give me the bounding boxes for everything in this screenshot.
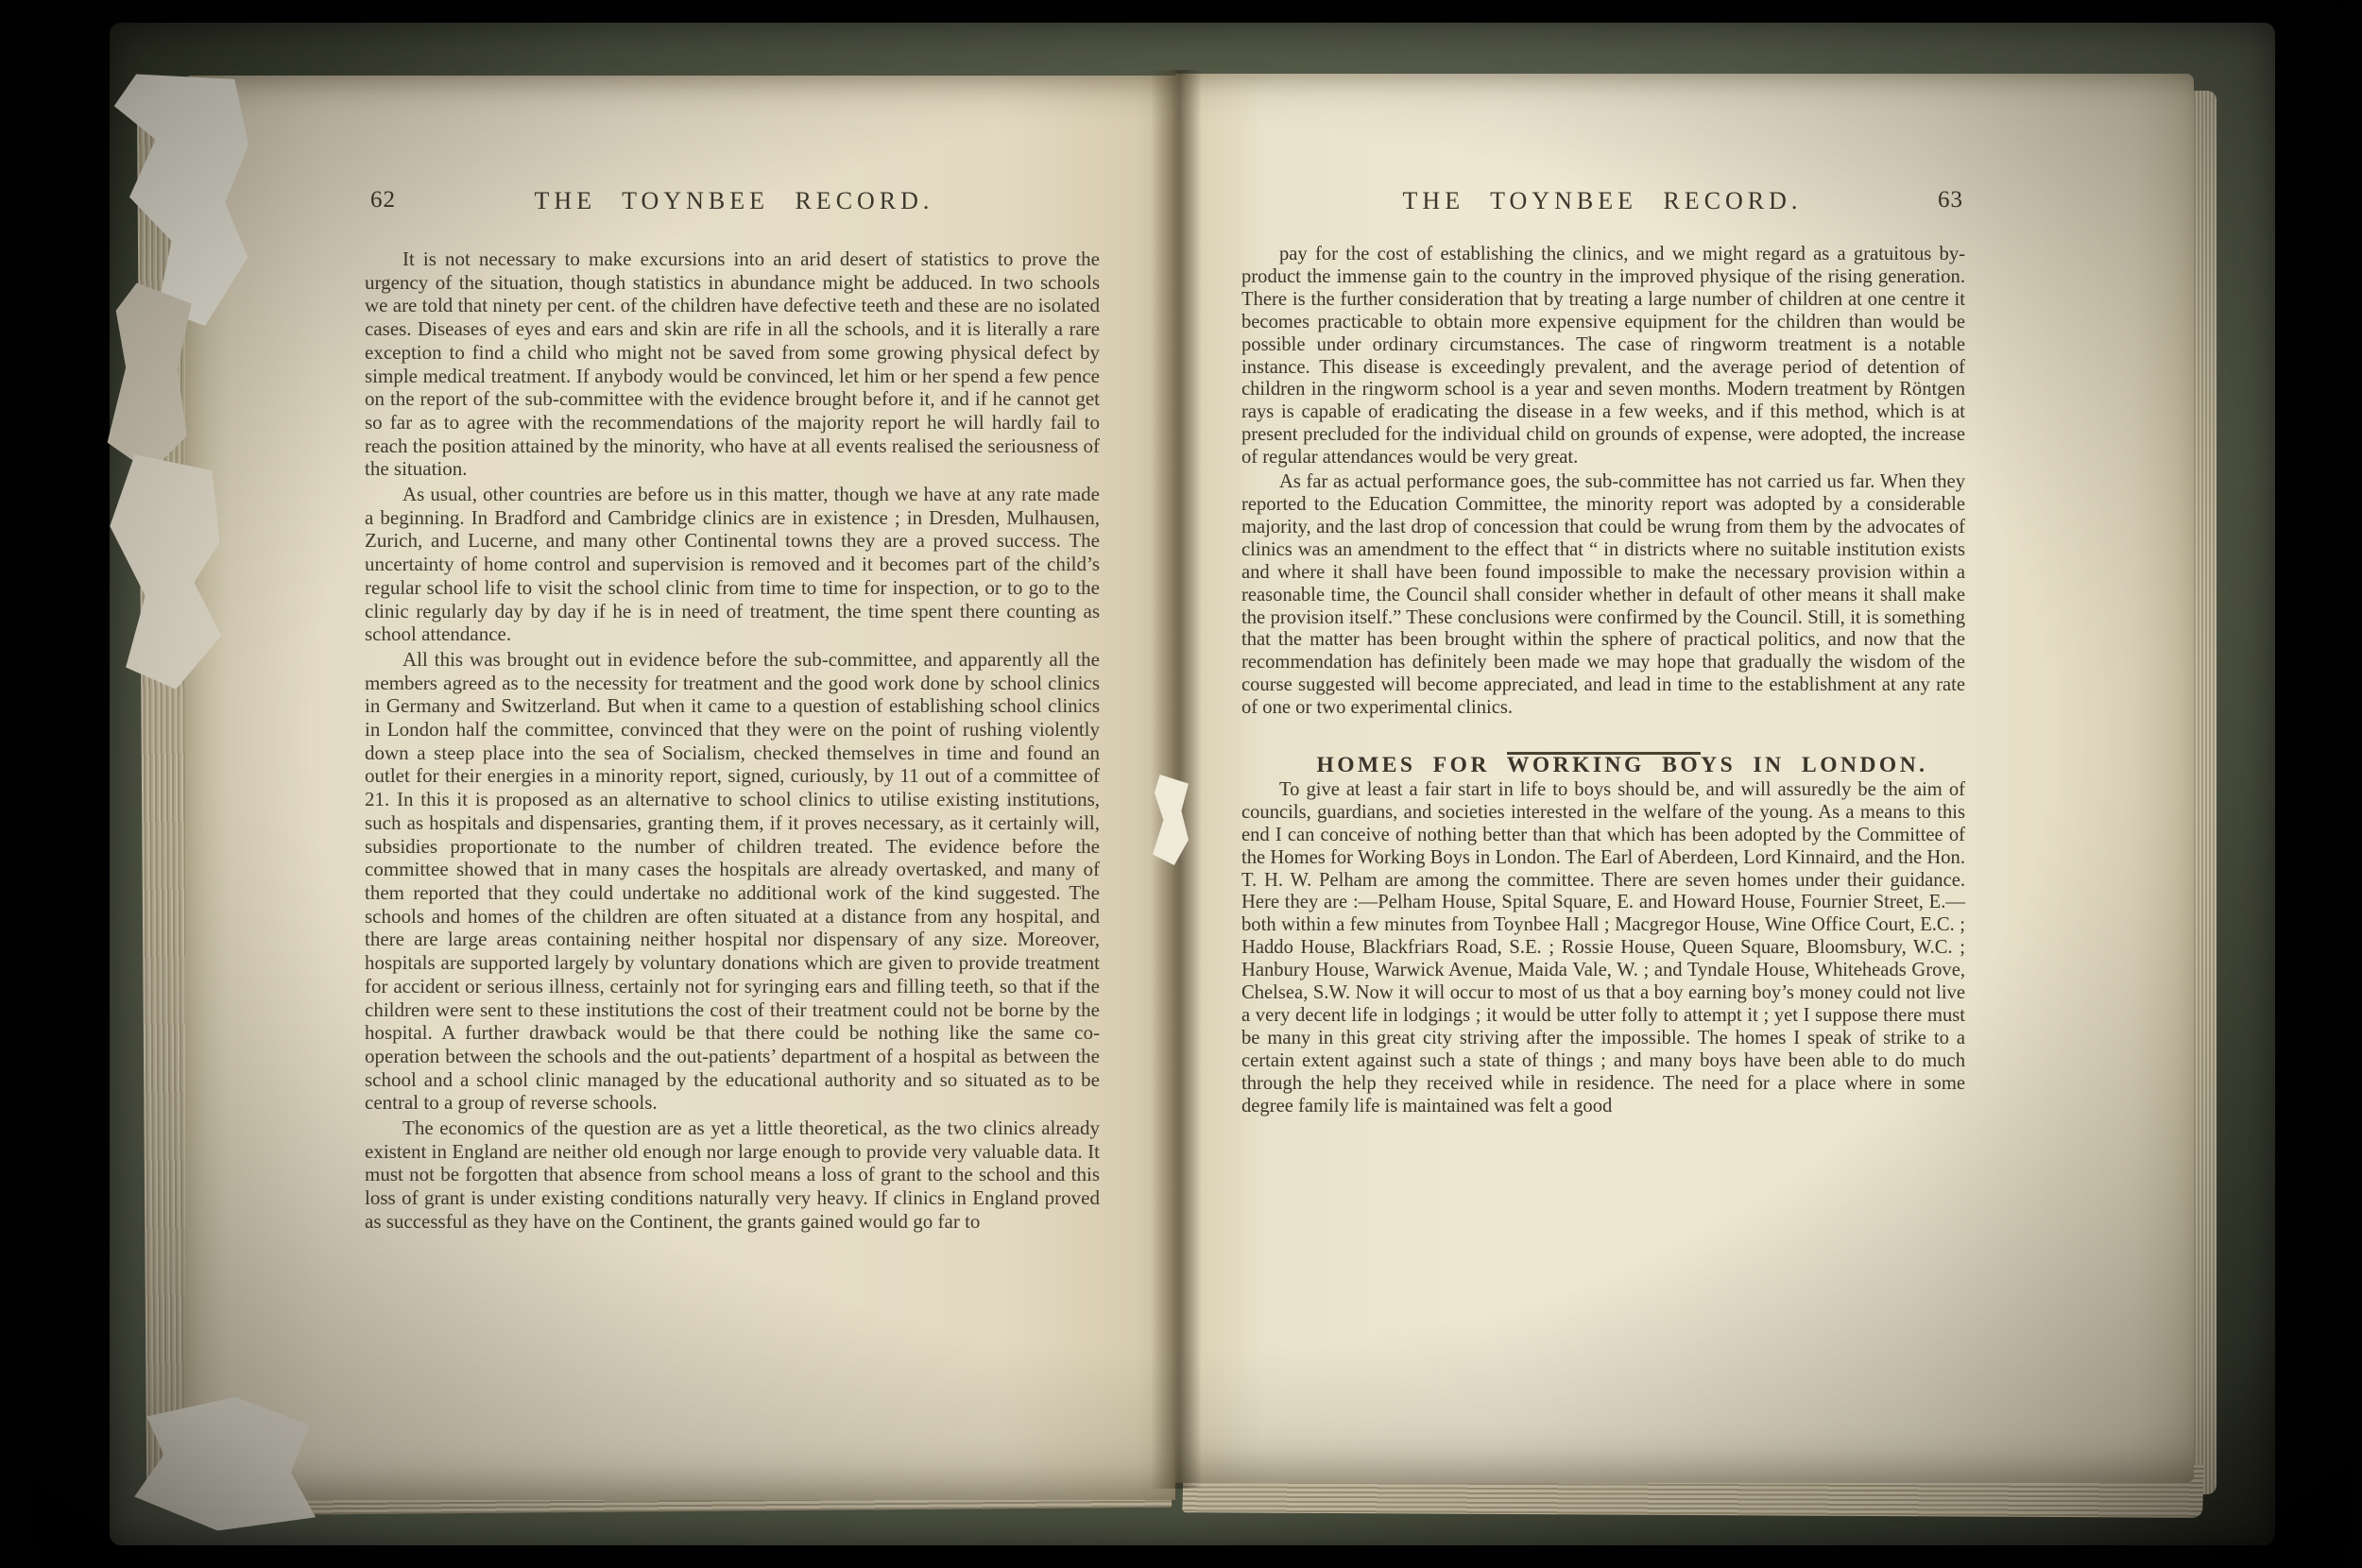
paragraph: As usual, other countries are before us … xyxy=(365,483,1100,646)
left-page-body: It is not necessary to make excursions i… xyxy=(365,247,1100,1236)
right-running-title: THE TOYNBEE RECORD. xyxy=(1240,187,1965,215)
right-page-body: pay for the cost of establishing the cli… xyxy=(1241,244,1965,1120)
paragraph: As far as actual performance goes, the s… xyxy=(1241,471,1965,720)
right-page-header: 63 THE TOYNBEE RECORD. xyxy=(1240,187,1965,215)
open-book: 62 THE TOYNBEE RECORD. It is not necessa… xyxy=(0,0,2362,1568)
paragraph: All this was brought out in evidence bef… xyxy=(365,648,1100,1115)
right-page-number: 63 xyxy=(1938,187,1963,213)
left-page-header: 62 THE TOYNBEE RECORD. xyxy=(367,187,1102,215)
gutter-shadow xyxy=(1151,70,1202,1489)
paragraph: The economics of the question are as yet… xyxy=(365,1116,1100,1234)
paragraph: It is not necessary to make excursions i… xyxy=(365,247,1100,481)
left-running-title: THE TOYNBEE RECORD. xyxy=(367,187,1102,215)
paragraph: pay for the cost of establishing the cli… xyxy=(1241,244,1965,469)
left-page-number: 62 xyxy=(370,187,396,213)
photo-background: { "colors": { "background": "#020202", "… xyxy=(0,0,2362,1568)
section-heading: HOMES FOR WORKING BOYS IN LONDON. xyxy=(1241,755,1965,777)
paragraph: To give at least a fair start in life to… xyxy=(1241,779,1965,1118)
